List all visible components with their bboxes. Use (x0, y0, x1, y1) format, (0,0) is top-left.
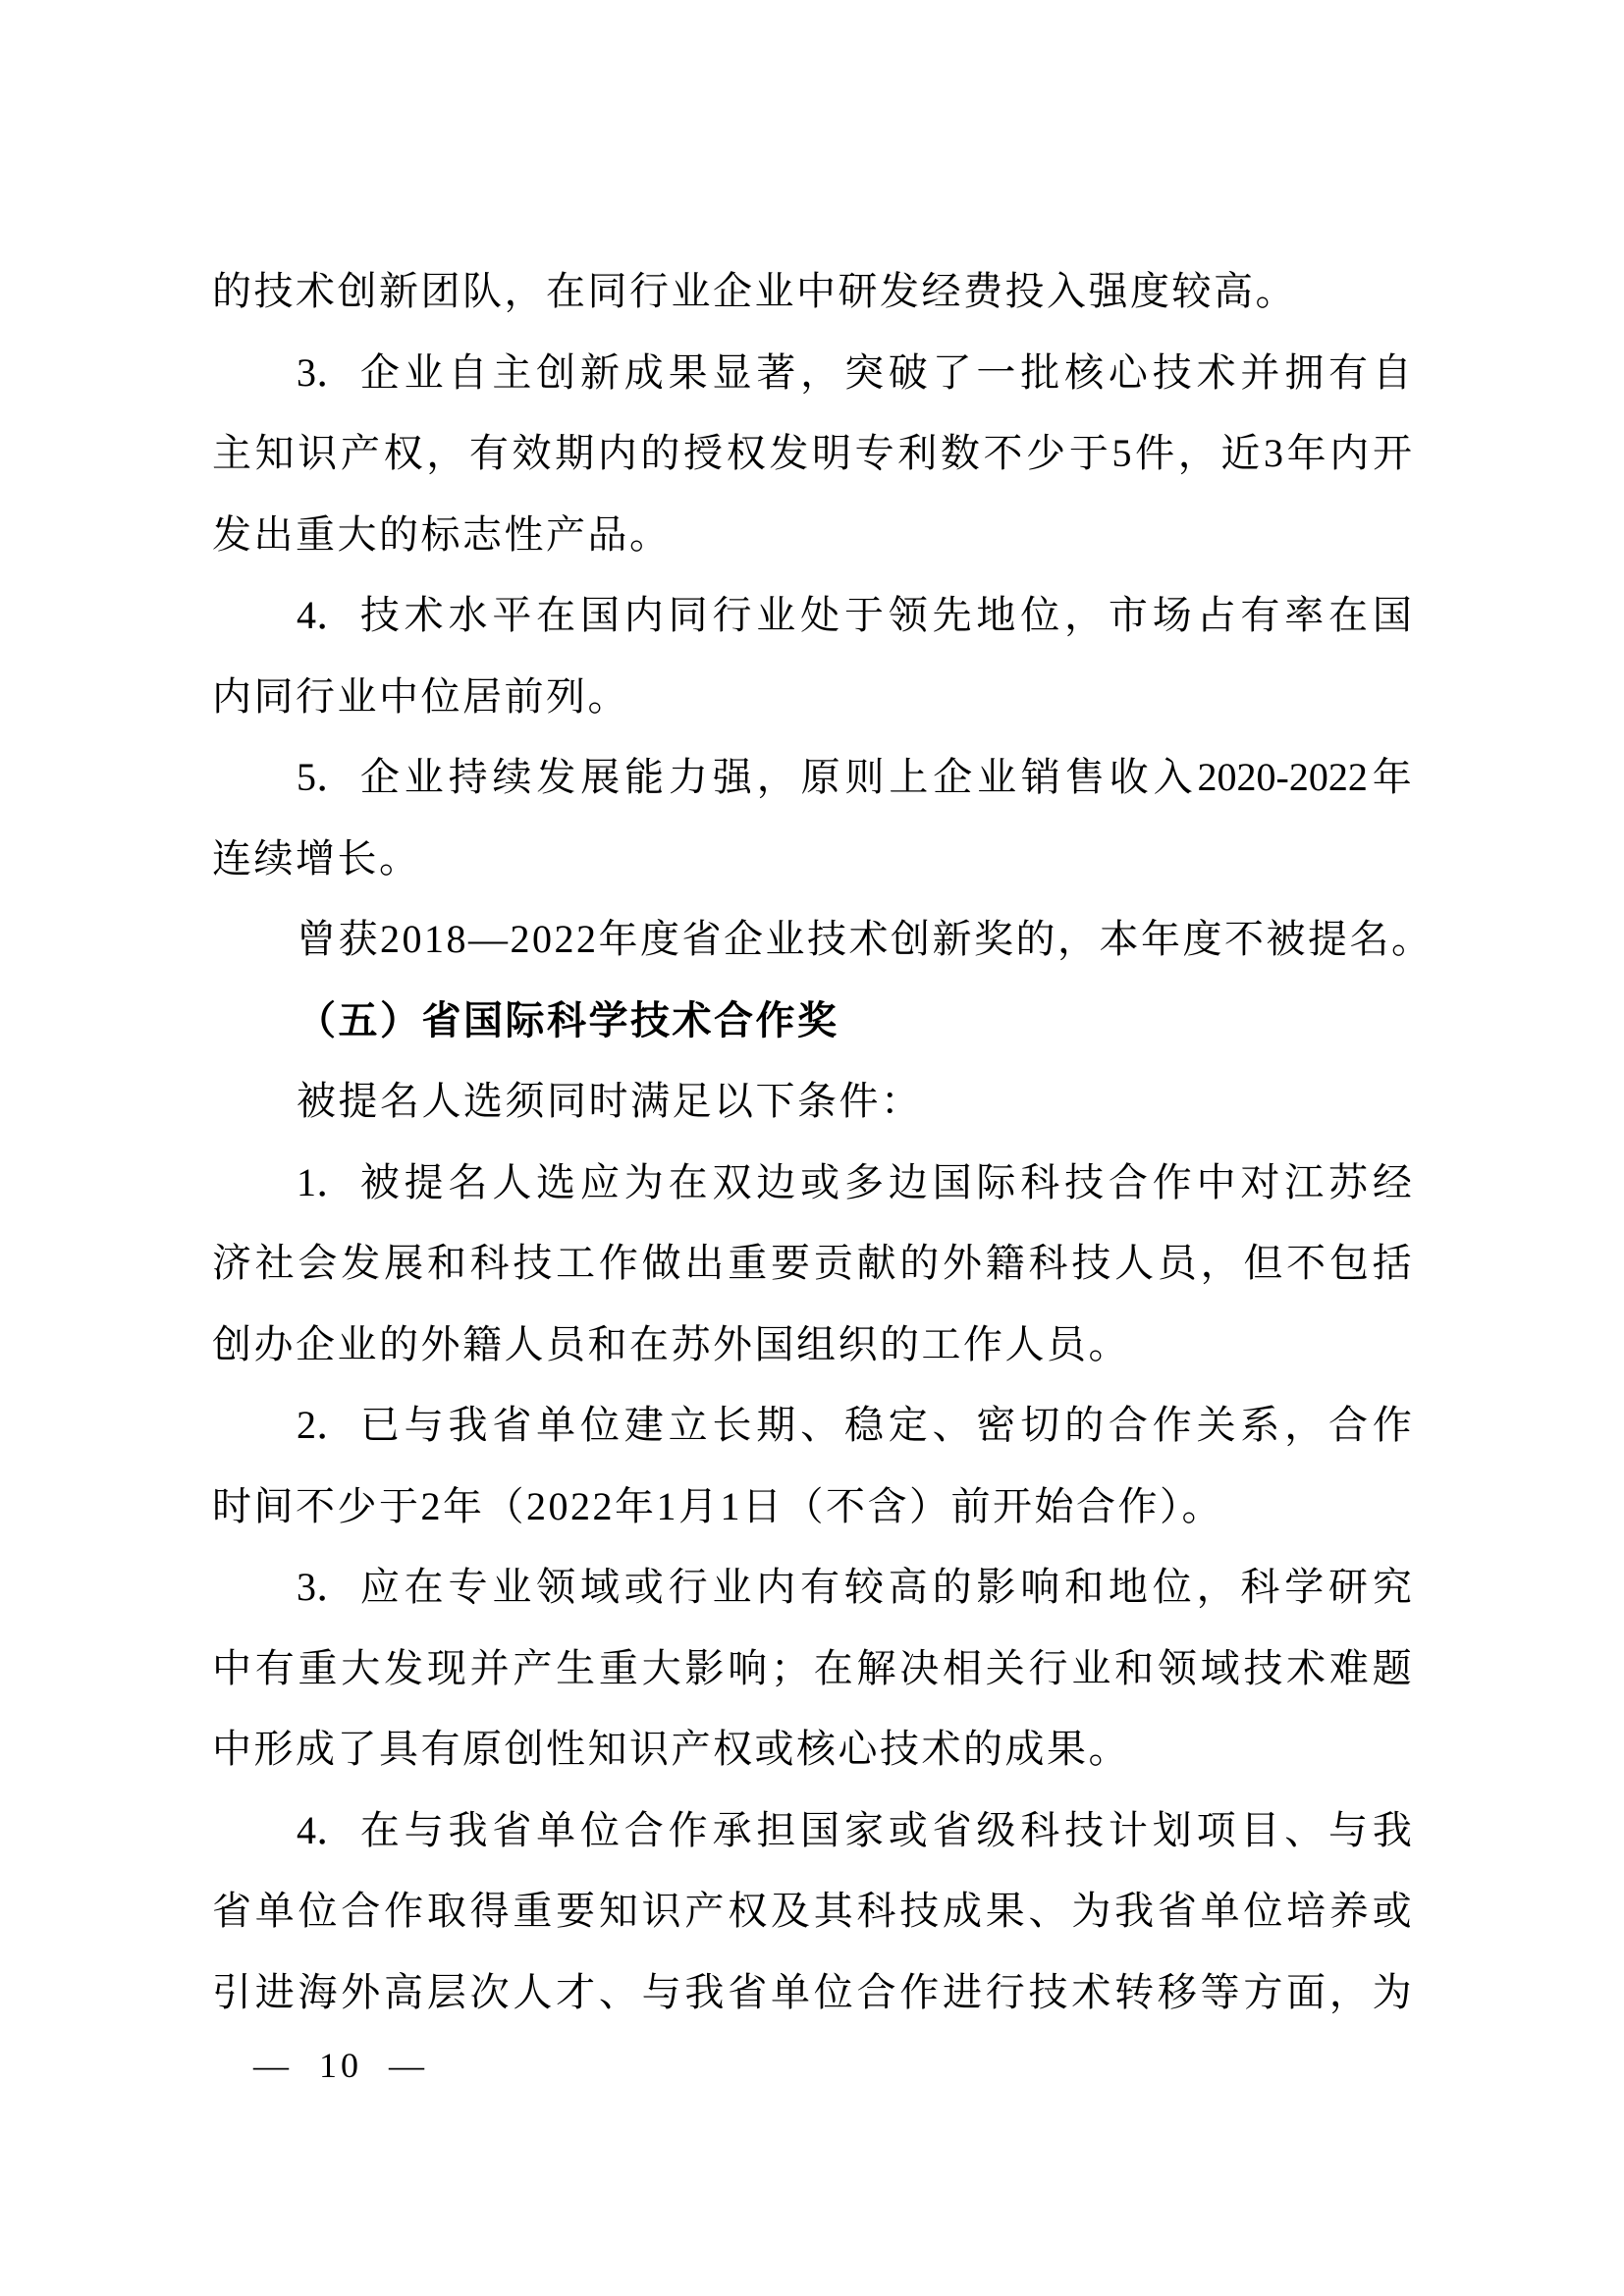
text-line: 内同行业中位居前列。 (212, 657, 1412, 738)
text-line: 主知识产权，有效期内的授权发明专利数不少于5件，近3年内开 (212, 413, 1412, 495)
section-heading: （五）省国际科学技术合作奖 (212, 981, 1412, 1062)
text-line: 中有重大发现并产生重大影响；在解决相关行业和领域技术难题 (212, 1629, 1412, 1710)
text-line: 连续增长。 (212, 819, 1412, 900)
text-line: 2．已与我省单位建立长期、稳定、密切的合作关系，合作 (212, 1385, 1412, 1467)
text-line: 发出重大的标志性产品。 (212, 495, 1412, 576)
text-line: 曾获2018—2022年度省企业技术创新奖的，本年度不被提名。 (212, 899, 1412, 981)
text-line: 3．应在专业领域或行业内有较高的影响和地位，科学研究 (212, 1547, 1412, 1629)
document-text-block: 的技术创新团队，在同行业企业中研发经费投入强度较高。3．企业自主创新成果显著，突… (212, 251, 1412, 2033)
text-line: 1．被提名人选应为在双边或多边国际科技合作中对江苏经 (212, 1143, 1412, 1224)
text-line: 4．技术水平在国内同行业处于领先地位，市场占有率在国 (212, 575, 1412, 657)
text-line: 的技术创新团队，在同行业企业中研发经费投入强度较高。 (212, 251, 1412, 333)
text-line: 引进海外高层次人才、与我省单位合作进行技术转移等方面，为 (212, 1952, 1412, 2034)
text-line: 中形成了具有原创性知识产权或核心技术的成果。 (212, 1709, 1412, 1790)
text-line: 创办企业的外籍人员和在苏外国组织的工作人员。 (212, 1305, 1412, 1386)
text-line: 被提名人选须同时满足以下条件： (212, 1061, 1412, 1143)
text-line: 时间不少于2年（2022年1月1日（不含）前开始合作）。 (212, 1467, 1412, 1548)
text-line: 省单位合作取得重要知识产权及其科技成果、为我省单位培养或 (212, 1871, 1412, 1952)
text-line: 济社会发展和科技工作做出重要贡献的外籍科技人员，但不包括 (212, 1223, 1412, 1305)
text-line: 5．企业持续发展能力强，原则上企业销售收入2020-2022年 (212, 737, 1412, 819)
text-line: 3．企业自主创新成果显著，突破了一批核心技术并拥有自 (212, 333, 1412, 414)
page-number: — 10 — (253, 2046, 428, 2085)
text-line: 4．在与我省单位合作承担国家或省级科技计划项目、与我 (212, 1790, 1412, 1872)
page-footer: — 10 — (253, 2030, 428, 2101)
